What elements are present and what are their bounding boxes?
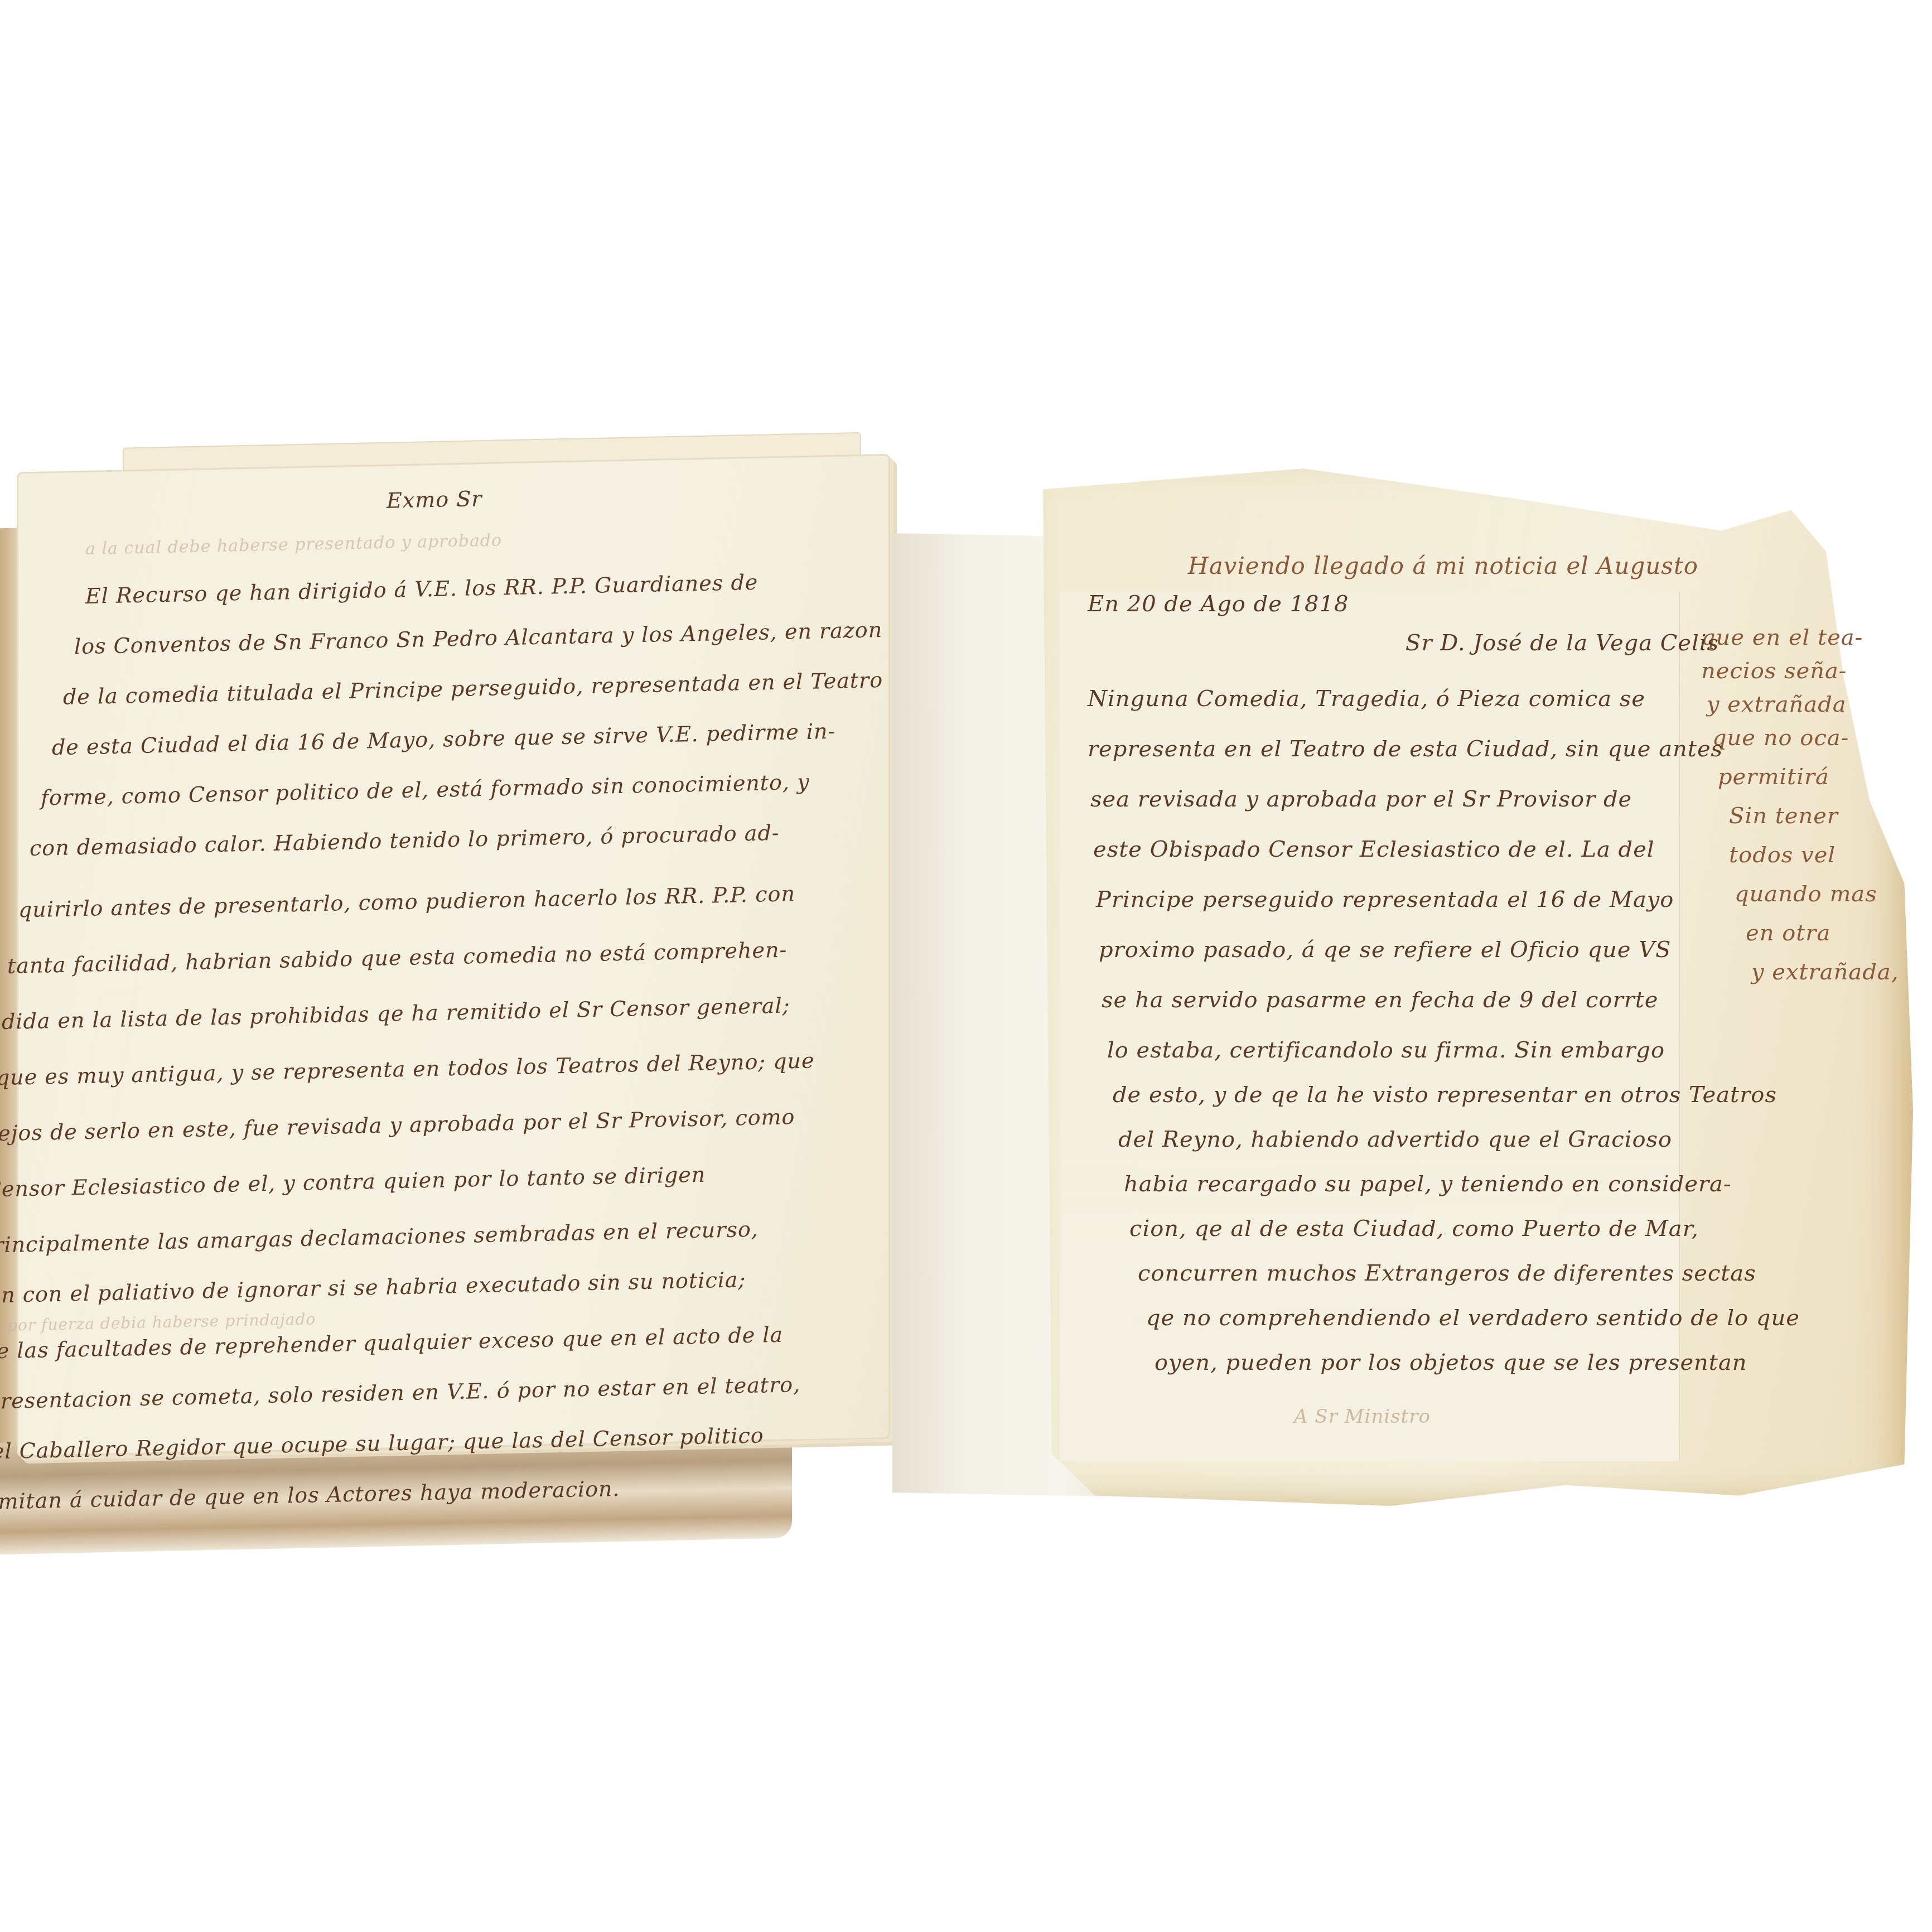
right-line-7: se ha servido pasarme en fecha de 9 del … (1102, 987, 1658, 1013)
left-line-5: forme, como Censor politico de el, está … (41, 770, 810, 810)
right-line-5: Principe perseguido representada el 16 d… (1096, 887, 1674, 912)
left-line-9: dida en la lista de las prohibidas qe ha… (2, 993, 790, 1035)
bleed-through-text: A Sr Ministro (1294, 1405, 1431, 1428)
right-line-4: este Obispado Censor Eclesiastico de el.… (1093, 837, 1655, 862)
margin-fragment-10: y extrañada, (1751, 959, 1899, 985)
date-line: En 20 de Ago de 1818 (1088, 591, 1349, 617)
left-line-14: aun con el paliativo de ignorar si se ha… (0, 1267, 746, 1308)
right-line-11: habia recargado su papel, y teniendo en … (1124, 1171, 1731, 1197)
right-line-9: de esto, y de qe la he visto representar… (1113, 1082, 1777, 1108)
margin-fragment-8: quando mas (1735, 881, 1877, 907)
left-line-12: Censor Eclesiastico de el, y contra quie… (0, 1162, 706, 1202)
left-line-1: El Recurso qe han dirigido á V.E. los RR… (85, 570, 758, 608)
left-line-8: tanta facilidad, habrian sabido que esta… (7, 938, 787, 978)
margin-fragment-1: que en el tea- (1701, 625, 1863, 650)
margin-fragment-6: Sin tener (1729, 803, 1838, 829)
left-line-3: de la comedia titulada el Principe perse… (63, 668, 883, 709)
margin-fragment-4: que no oca- (1712, 725, 1849, 751)
right-line-8: lo estaba, certificandolo su firma. Sin … (1107, 1037, 1665, 1063)
left-line-6: con demasiado calor. Habiendo tenido lo … (30, 820, 780, 861)
right-line-10: del Reyno, habiendo advertido que el Gra… (1118, 1127, 1672, 1152)
right-line-3: sea revisada y aprobada por el Sr Provis… (1090, 786, 1632, 812)
right-front-sheet (1060, 591, 1680, 1461)
right-line-2: representa en el Teatro de esta Ciudad, … (1088, 736, 1723, 762)
margin-fragment-5: permitirá (1718, 764, 1829, 790)
left-page-bleed-line: a la cual debe haberse presentado y apro… (85, 530, 502, 559)
addressee-line: Sr D. José de la Vega Celis (1405, 630, 1719, 656)
manuscript-photo: Exmo Sr a la cual debe haberse presentad… (0, 0, 1932, 1932)
margin-fragment-9: en otra (1746, 920, 1830, 946)
margin-fragment-2: necios seña- (1701, 658, 1847, 684)
right-line-15: oyen, pueden por los objetos que se les … (1155, 1350, 1747, 1375)
left-interlinear-note: por fuerza debia haberse prindajado (7, 1310, 316, 1335)
left-page-heading: Exmo Sr (387, 486, 482, 513)
left-page: Exmo Sr a la cual debe haberse presentad… (17, 454, 890, 1457)
right-line-6: proximo pasado, á qe se refiere el Ofici… (1099, 937, 1671, 963)
right-line-14: qe no comprehendiendo el verdadero senti… (1146, 1305, 1800, 1331)
left-volume: Exmo Sr a la cual debe haberse presentad… (0, 431, 915, 1554)
right-line-1: Ninguna Comedia, Tragedia, ó Pieza comic… (1088, 686, 1645, 712)
back-sheet-first-line: Haviendo llegado á mi noticia el Augusto (1188, 552, 1698, 579)
left-line-7: quirirlo antes de presentarlo, como pudi… (18, 881, 795, 922)
left-line-4: de esta Ciudad el dia 16 de Mayo, sobre … (52, 719, 835, 760)
right-line-12: cion, qe al de esta Ciudad, como Puerto … (1129, 1216, 1699, 1242)
left-line-16: representacion se cometa, solo residen e… (0, 1372, 800, 1414)
left-line-2: los Conventos de Sn Franco Sn Pedro Alca… (74, 617, 882, 659)
left-line-11: lejos de serlo en este, fue revisada y a… (0, 1104, 795, 1146)
right-line-13: concurren muchos Extrangeros de diferent… (1138, 1260, 1756, 1286)
left-line-10: que es muy antigua, y se representa en t… (0, 1049, 815, 1090)
margin-fragment-7: todos vel (1729, 842, 1836, 868)
left-line-13: principalmente las amargas declamaciones… (0, 1217, 759, 1258)
margin-fragment-3: y extrañada (1707, 692, 1847, 717)
